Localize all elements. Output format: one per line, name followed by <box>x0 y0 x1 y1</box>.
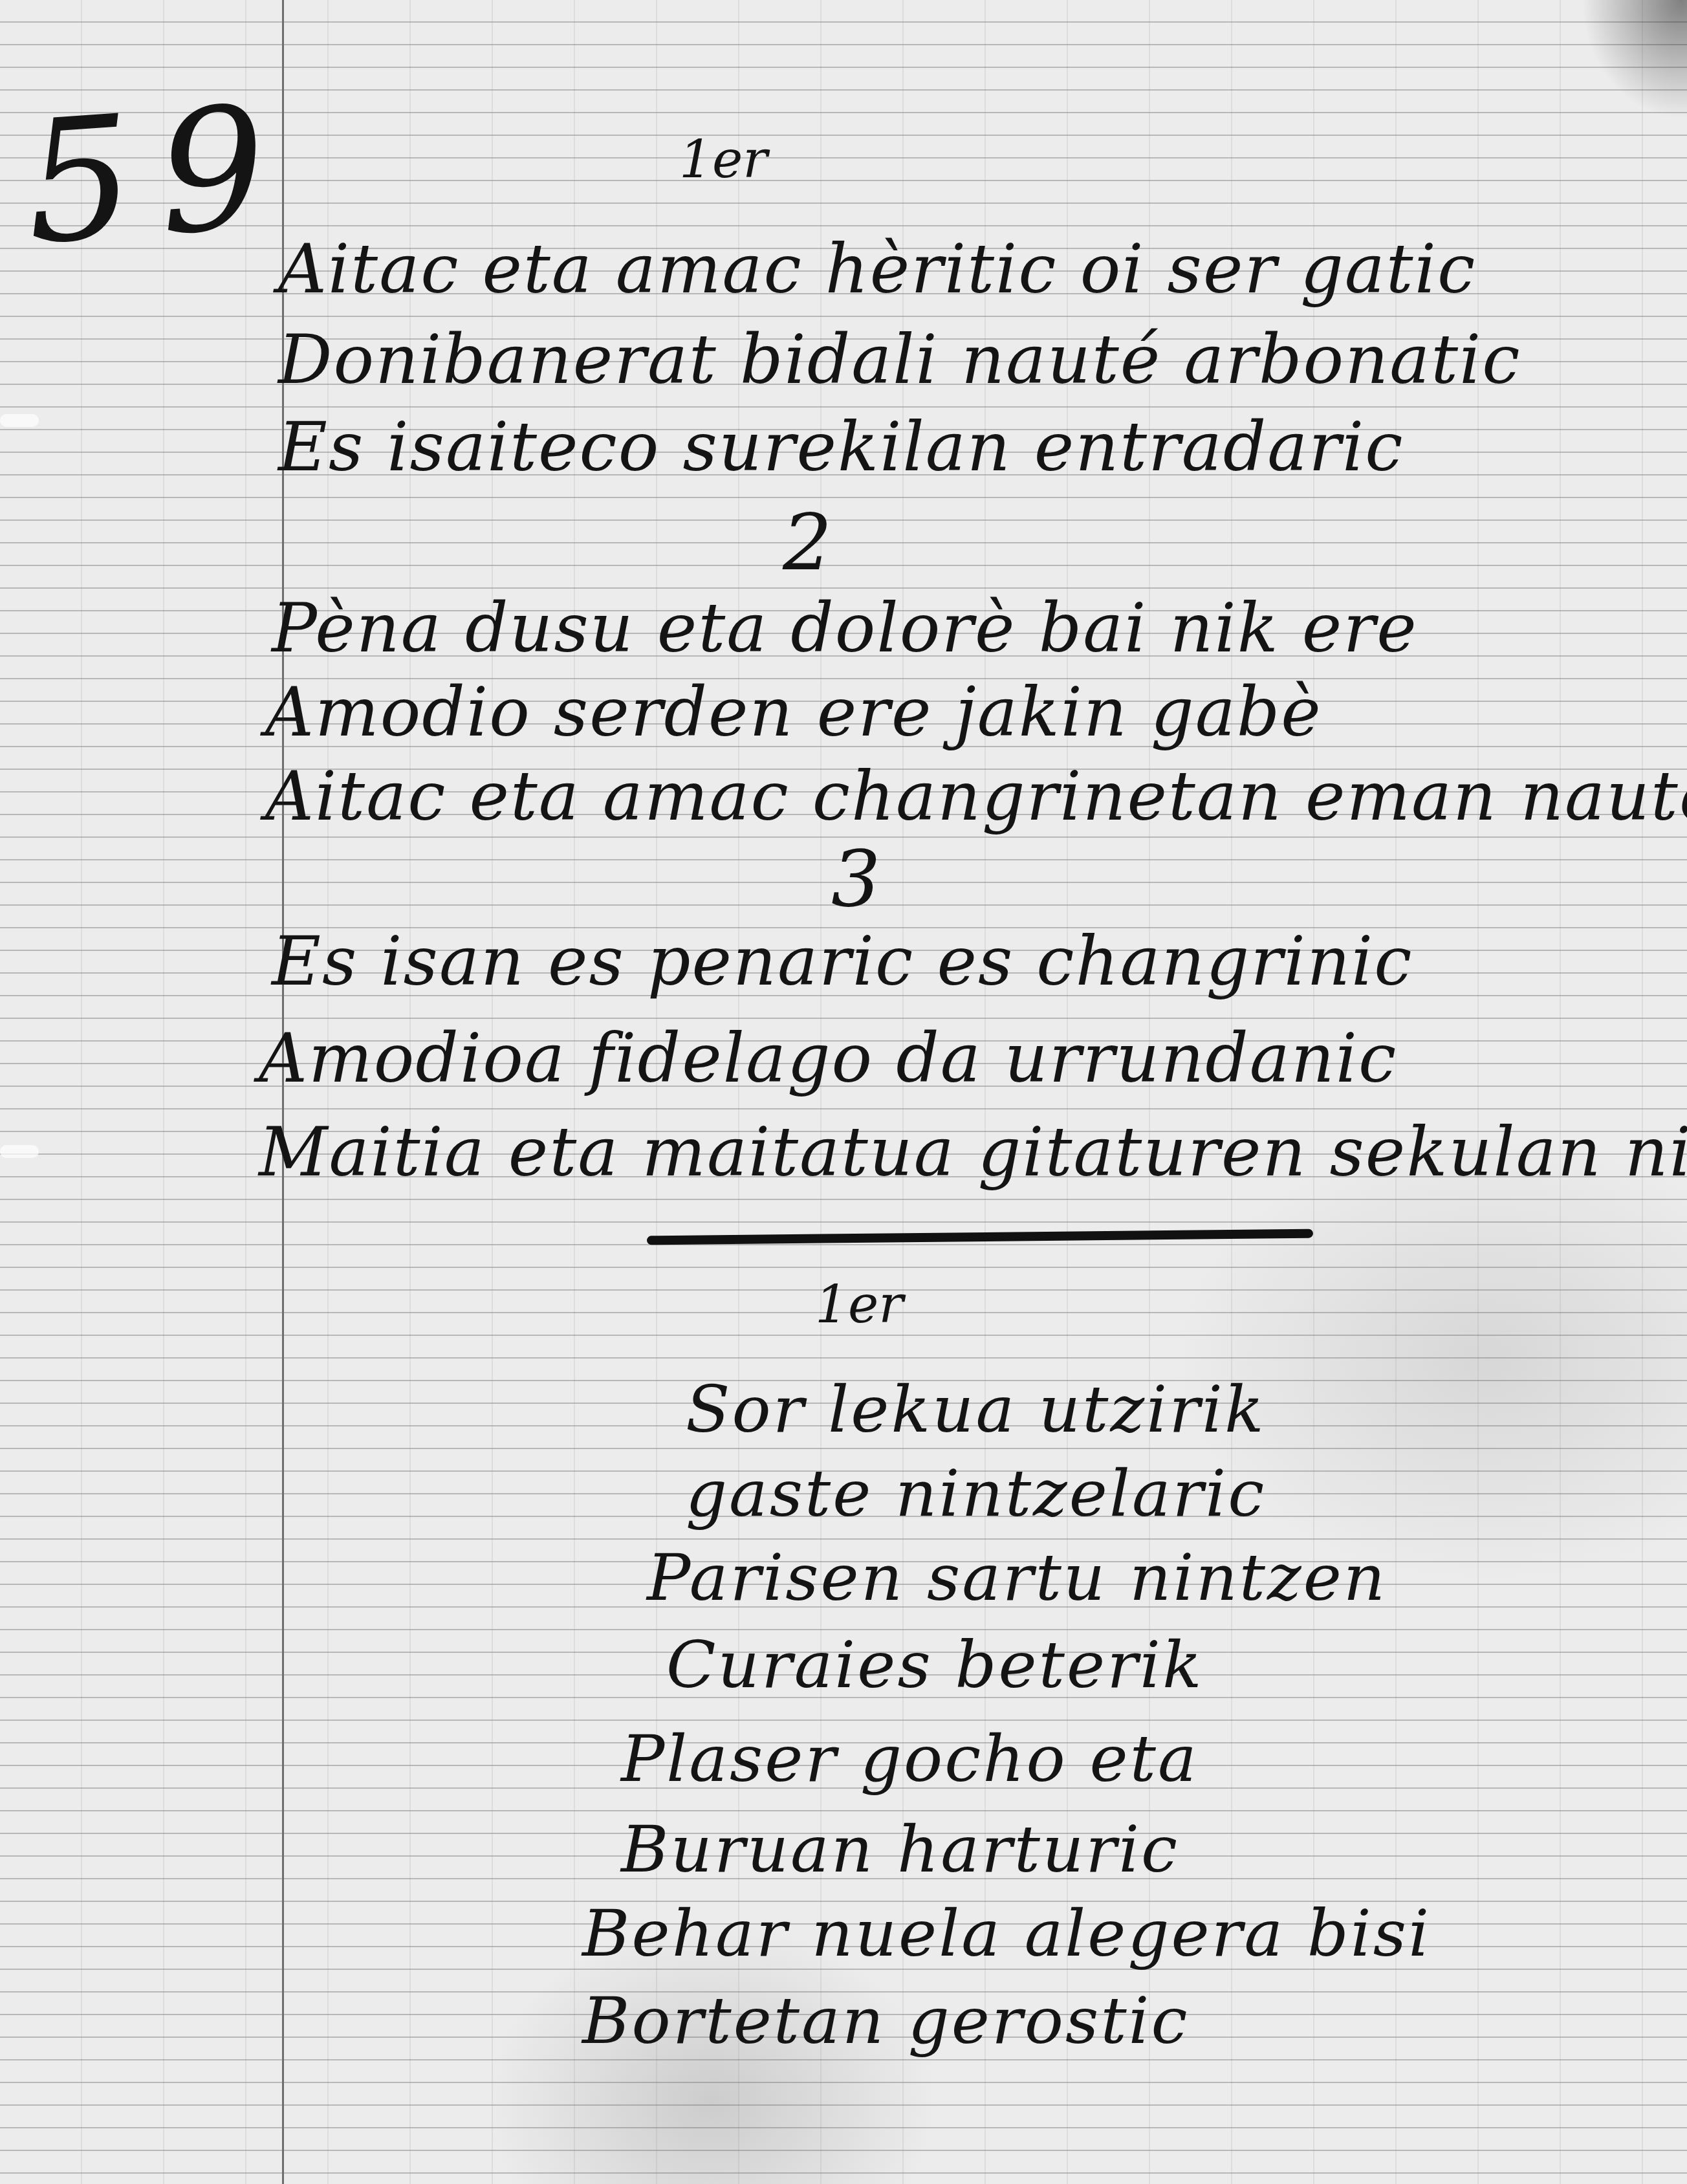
verse-line: Bortetan gerostic <box>582 1983 1190 2058</box>
verse-line: Amodio serden ere jakin gabè <box>265 673 1322 752</box>
verse-line: Es isan es penaric es changrinic <box>272 922 1413 1001</box>
paper-tear <box>0 1145 39 1158</box>
section-heading: 1er <box>679 129 767 190</box>
verse-line: Parisen sartu nintzen <box>647 1540 1387 1615</box>
section-divider <box>647 1229 1313 1245</box>
verse-line: Es isaiteco surekilan entradaric <box>278 408 1404 486</box>
verse-line: Curaies beterik <box>666 1627 1204 1703</box>
verse-line: Donibanerat bidali nauté arbonatic <box>278 320 1521 399</box>
verse-line: Buruan harturic <box>621 1811 1179 1887</box>
section-heading: 1er <box>815 1274 903 1335</box>
verse-line: Sor lekua utzirik <box>686 1371 1266 1447</box>
manuscript-page: 59 1er Aitac eta amac hèritic oi ser gat… <box>0 0 1687 2184</box>
verse-line: Amodioa fidelago da urrundanic <box>259 1019 1397 1098</box>
paper-tear <box>0 414 39 427</box>
verse-line: Behar nuela alegera bisi <box>582 1895 1431 1971</box>
verse-line: Pèna dusu eta dolorè bai nik ere <box>272 589 1418 668</box>
verse-line: Plaser gocho eta <box>621 1721 1199 1796</box>
stanza-number: 2 <box>783 498 832 588</box>
verse-line: Aitac eta amac changrinetan eman naute <box>265 757 1687 836</box>
verse-line: gaste nintzelaric <box>686 1456 1266 1531</box>
stanza-number: 3 <box>831 835 880 924</box>
verse-line: Aitac eta amac hèritic oi ser gatic <box>278 230 1476 309</box>
verse-line: Maitia eta maitatua gitaturen sekulan ni… <box>259 1113 1687 1192</box>
page-number: 59 <box>19 69 298 282</box>
